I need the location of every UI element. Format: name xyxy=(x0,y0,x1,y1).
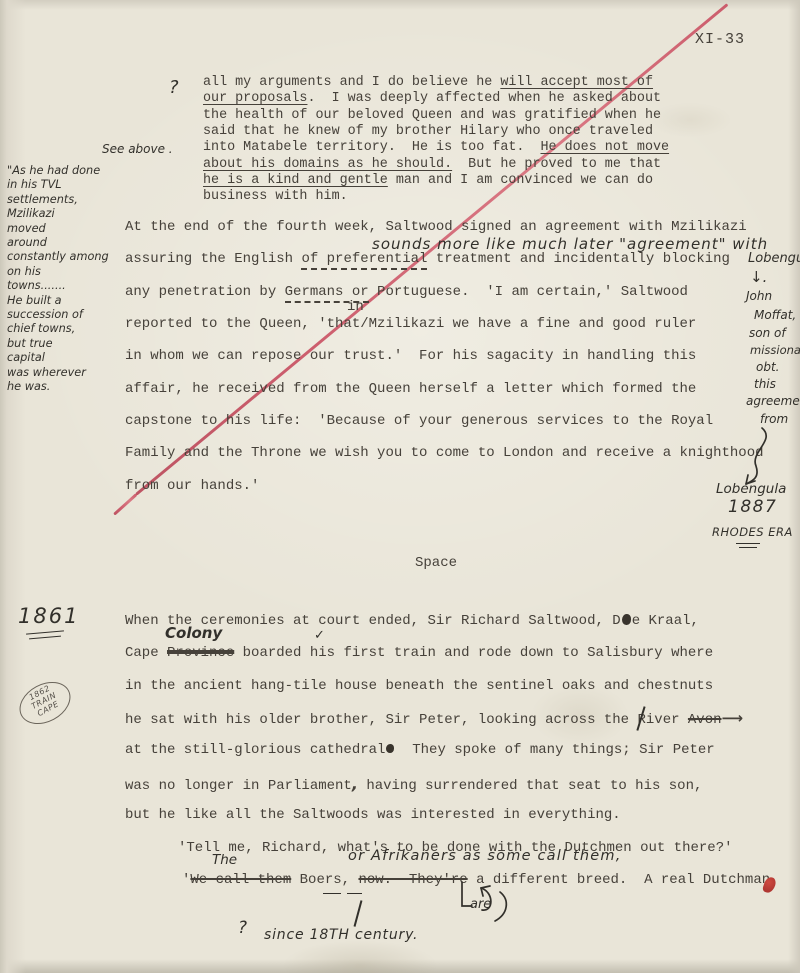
struck-words: We call them xyxy=(190,872,291,888)
quote-line: said that he knew of my brother Hilary w… xyxy=(203,124,653,140)
body-line: capstone to his life: 'Because of your g… xyxy=(125,413,713,430)
check-mark: ✓ xyxy=(314,629,325,643)
margin-note-line: chief towns, xyxy=(7,322,109,336)
margin-note-line: constantly among xyxy=(7,250,109,264)
slashed-word: River xyxy=(637,712,679,728)
since-18th-century-note: since 18TH century. xyxy=(264,928,418,943)
body-line: any penetration by Germans or Portuguese… xyxy=(125,284,688,301)
quote-line: about his domains as he should. But he p… xyxy=(203,157,661,173)
margin-note-line: "As he had done xyxy=(7,164,109,178)
margin-note-line: moved xyxy=(7,222,109,236)
the-correction: The xyxy=(212,853,237,867)
down-arrow-mark: ↓. xyxy=(750,270,767,286)
body-line: affair, he received from the Queen herse… xyxy=(125,381,696,398)
margin-note-line: he was. xyxy=(7,380,109,394)
right-note-line: this xyxy=(754,378,776,391)
body-line: in whom we can repose our trust.' For hi… xyxy=(125,348,696,365)
bottom-question-mark: ? xyxy=(238,920,247,938)
margin-note-line: Mzilikazi xyxy=(7,207,109,221)
are-insertion: are xyxy=(470,898,491,912)
body-line: was no longer in Parliament, having surr… xyxy=(125,775,702,795)
emphasis-dash xyxy=(347,893,362,894)
lobengula-inline-note: Lobengula xyxy=(748,252,800,266)
red-deletion-line-hook xyxy=(113,493,137,515)
left-margin-note: "As he had done in his TVL settlements, … xyxy=(7,164,109,395)
typed-insert-in: in xyxy=(347,299,364,316)
space-marker: Space xyxy=(415,555,457,572)
right-note-line: obt. xyxy=(756,361,779,374)
body-line: Family and the Throne we wish you to com… xyxy=(125,445,764,462)
margin-note-line: He built a xyxy=(7,294,109,308)
margin-note-line: in his TVL xyxy=(7,178,109,192)
margin-note-line: capital xyxy=(7,351,109,365)
struck-word: Province xyxy=(167,645,234,661)
margin-note-line: succession of xyxy=(7,308,109,322)
right-note-lobengula: Lobengula xyxy=(716,482,786,496)
margin-note-line: on his xyxy=(7,265,109,279)
slash-mark xyxy=(354,900,363,927)
year-underline xyxy=(29,636,61,640)
year-1861: 1861 xyxy=(18,605,79,627)
era-underline xyxy=(739,547,757,548)
right-note-line: from xyxy=(760,413,788,426)
ink-blob xyxy=(622,614,631,625)
right-note-era: RHODES ERA xyxy=(712,526,793,538)
right-note-line: son of xyxy=(749,327,786,340)
margin-note-line: settlements, xyxy=(7,193,109,207)
body-line: assuring the English of preferential tre… xyxy=(125,251,730,268)
right-note-line: John xyxy=(746,290,772,303)
ink-blob xyxy=(386,744,394,753)
margin-note-line: towns....... xyxy=(7,279,109,293)
year-underline xyxy=(26,630,64,634)
quote-line: all my arguments and I do believe he wil… xyxy=(203,75,653,91)
margin-question-mark: ? xyxy=(169,79,179,98)
afrikaners-note: or Afrikaners as some call them, xyxy=(348,849,622,864)
body-line: he sat with his older brother, Sir Peter… xyxy=(125,710,743,729)
body-line: Cape Province boarded his first train an… xyxy=(125,645,713,662)
quote-line: business with him. xyxy=(203,189,348,205)
move-arrow: ⟶ xyxy=(722,709,744,727)
quote-line: the health of our beloved Queen and was … xyxy=(203,108,661,124)
manuscript-page: XI-33 all my arguments and I do believe … xyxy=(0,0,800,973)
margin-note-line: was wherever xyxy=(7,366,109,380)
body-line: from our hands.' xyxy=(125,478,259,495)
struck-word: Avon xyxy=(688,712,722,728)
circled-margin-note: 1862 TRAIN CAPE xyxy=(12,674,78,733)
margin-note-line: but true xyxy=(7,337,109,351)
right-note-line: agreement xyxy=(746,395,800,408)
curvy-down-arrow xyxy=(740,426,784,488)
page-number: XI-33 xyxy=(695,31,745,48)
era-underline xyxy=(736,543,760,544)
right-note-line: missionary, xyxy=(750,344,800,356)
see-above-note: See above . xyxy=(102,143,173,156)
quote-line: into Matabele territory. He is too fat. … xyxy=(203,140,669,156)
body-line: in the ancient hang-tile house beneath t… xyxy=(125,678,713,695)
quote-line: he is a kind and gentle man and I am con… xyxy=(203,173,653,189)
body-line: at the still-glorious cathedral They spo… xyxy=(125,742,715,759)
body-line: but he like all the Saltwoods was intere… xyxy=(125,807,621,824)
body-line: reported to the Queen, 'that/Mzilikazi w… xyxy=(125,316,696,333)
right-note-year: 1887 xyxy=(728,499,777,517)
emphasis-dash xyxy=(323,893,341,894)
margin-note-line: around xyxy=(7,236,109,250)
quote-line: our proposals. I was deeply affected whe… xyxy=(203,91,661,107)
right-note-line: Moffat, xyxy=(754,309,796,322)
colony-correction: Colony xyxy=(165,626,222,642)
body-line: At the end of the fourth week, Saltwood … xyxy=(125,219,747,236)
